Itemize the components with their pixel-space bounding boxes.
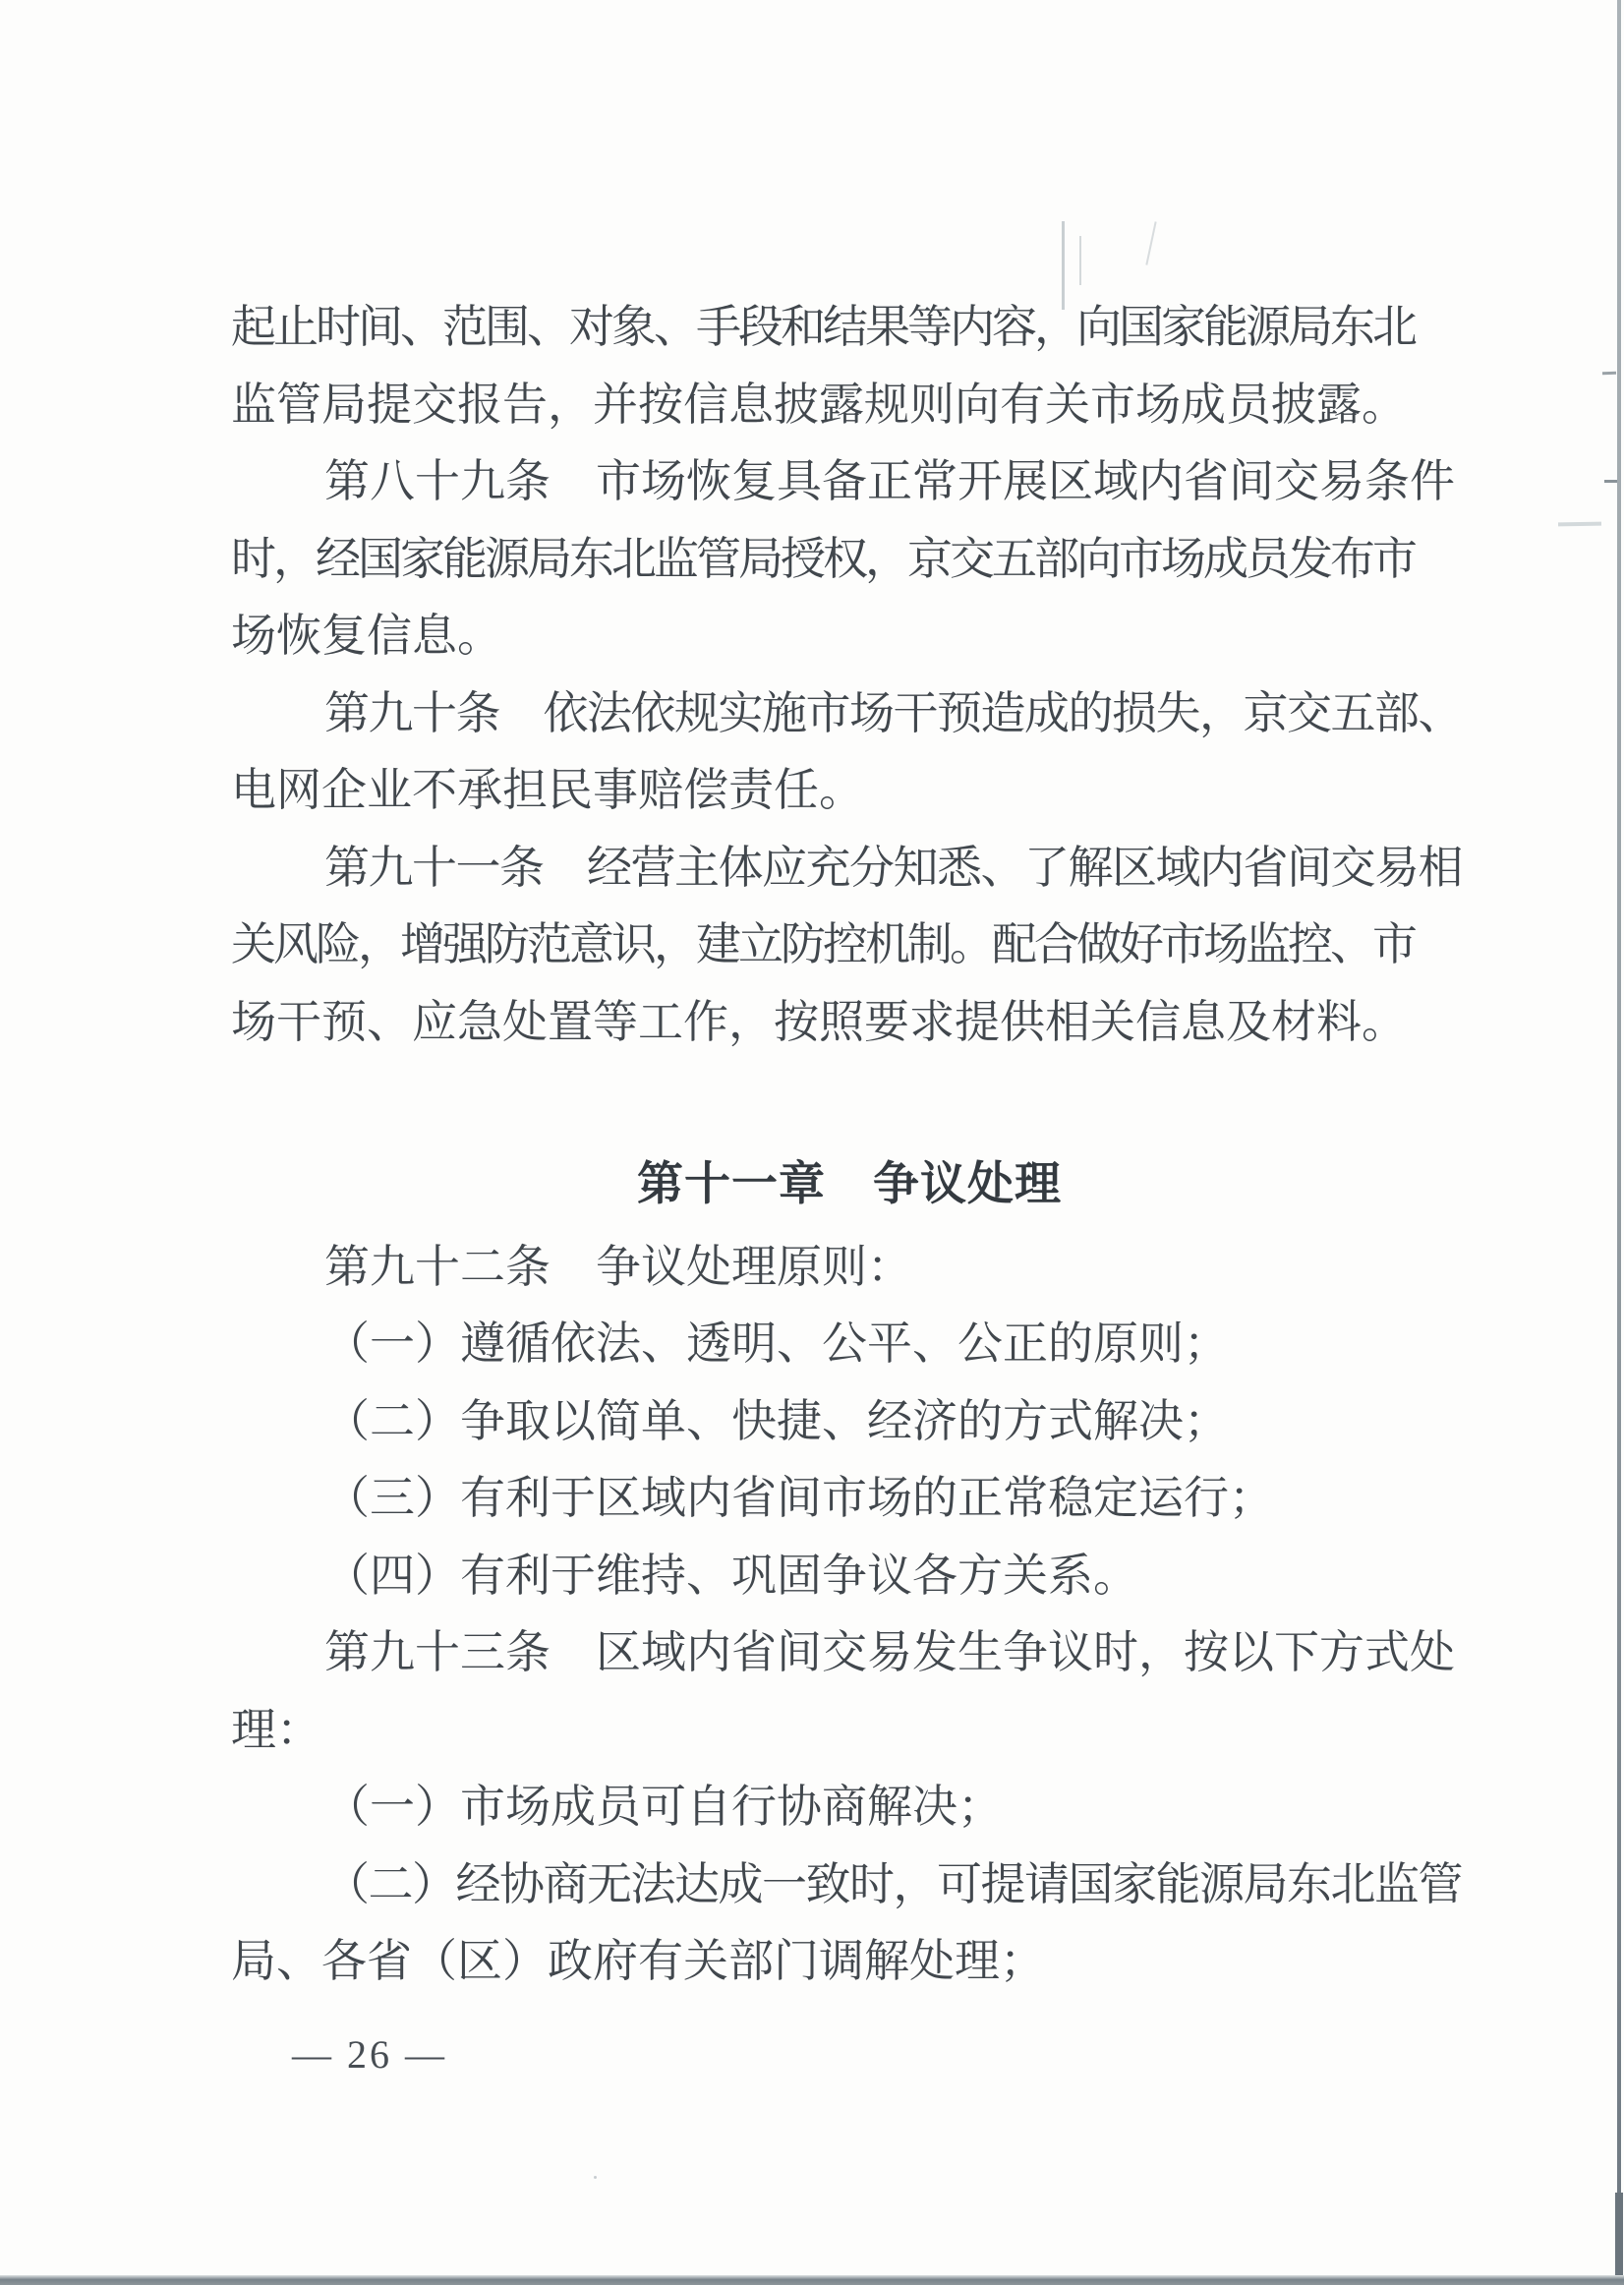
article-92-line: 第九十二条 争议处理原则： bbox=[231, 1229, 1468, 1307]
list-item-3: （三）有利于区域内省间市场的正常稳定运行； bbox=[231, 1460, 1468, 1538]
text-line: 局、各省（区）政府有关部门调解处理； bbox=[231, 1923, 1468, 2001]
text-line: 理： bbox=[231, 1692, 1468, 1770]
scan-edge-bottom-band bbox=[0, 2275, 1624, 2285]
scanned-document-page: 起止时间、范围、对象、手段和结果等内容，向国家能源局东北 监管局提交报告，并按信… bbox=[0, 0, 1624, 2285]
list-item-1b: （一）市场成员可自行协商解决； bbox=[231, 1769, 1468, 1846]
document-body: 起止时间、范围、对象、手段和结果等内容，向国家能源局东北 监管局提交报告，并按信… bbox=[231, 289, 1468, 2001]
scan-edge-right-corner bbox=[1615, 2193, 1623, 2285]
list-item-2: （二）争取以简单、快捷、经济的方式解决； bbox=[231, 1383, 1468, 1461]
page-number: — 26 — bbox=[292, 2033, 447, 2077]
text-line: 监管局提交报告，并按信息披露规则向有关市场成员披露。 bbox=[231, 367, 1468, 444]
scan-artifact-dot bbox=[594, 2176, 597, 2179]
text-line: 关风险，增强防范意识，建立防控机制。配合做好市场监控、市 bbox=[231, 907, 1468, 984]
article-89-line: 第八十九条 市场恢复具备正常开展区域内省间交易条件 bbox=[231, 443, 1468, 521]
scan-ghost-mark bbox=[1062, 221, 1065, 310]
text-line: 场恢复信息。 bbox=[231, 598, 1468, 675]
scan-edge-right-line bbox=[1617, 0, 1621, 2285]
text-line: 时，经国家能源局东北监管局授权，京交五部向市场成员发布市 bbox=[231, 521, 1468, 599]
text-line: 电网企业不承担民事赔偿责任。 bbox=[231, 752, 1468, 830]
scan-artifact-dash bbox=[1602, 372, 1616, 375]
list-item-1: （一）遵循依法、透明、公平、公正的原则； bbox=[231, 1306, 1468, 1383]
text-line: 起止时间、范围、对象、手段和结果等内容，向国家能源局东北 bbox=[231, 289, 1468, 367]
article-90-line: 第九十条 依法依规实施市场干预造成的损失，京交五部、 bbox=[231, 675, 1468, 753]
text-line: 场干预、应急处置等工作，按照要求提供相关信息及材料。 bbox=[231, 984, 1468, 1062]
chapter-heading: 第十一章 争议处理 bbox=[231, 1145, 1468, 1223]
list-item-4: （四）有利于维持、巩固争议各方关系。 bbox=[231, 1538, 1468, 1615]
scan-ghost-mark bbox=[1079, 236, 1081, 285]
scan-ghost-mark bbox=[1145, 221, 1156, 264]
scan-artifact-smudge bbox=[1558, 522, 1601, 527]
article-93-line: 第九十三条 区域内省间交易发生争议时，按以下方式处 bbox=[231, 1614, 1468, 1692]
list-item-2b: （二）经协商无法达成一致时，可提请国家能源局东北监管 bbox=[231, 1846, 1468, 1924]
scan-artifact-dash bbox=[1604, 480, 1617, 483]
article-91-line: 第九十一条 经营主体应充分知悉、了解区域内省间交易相 bbox=[231, 830, 1468, 908]
